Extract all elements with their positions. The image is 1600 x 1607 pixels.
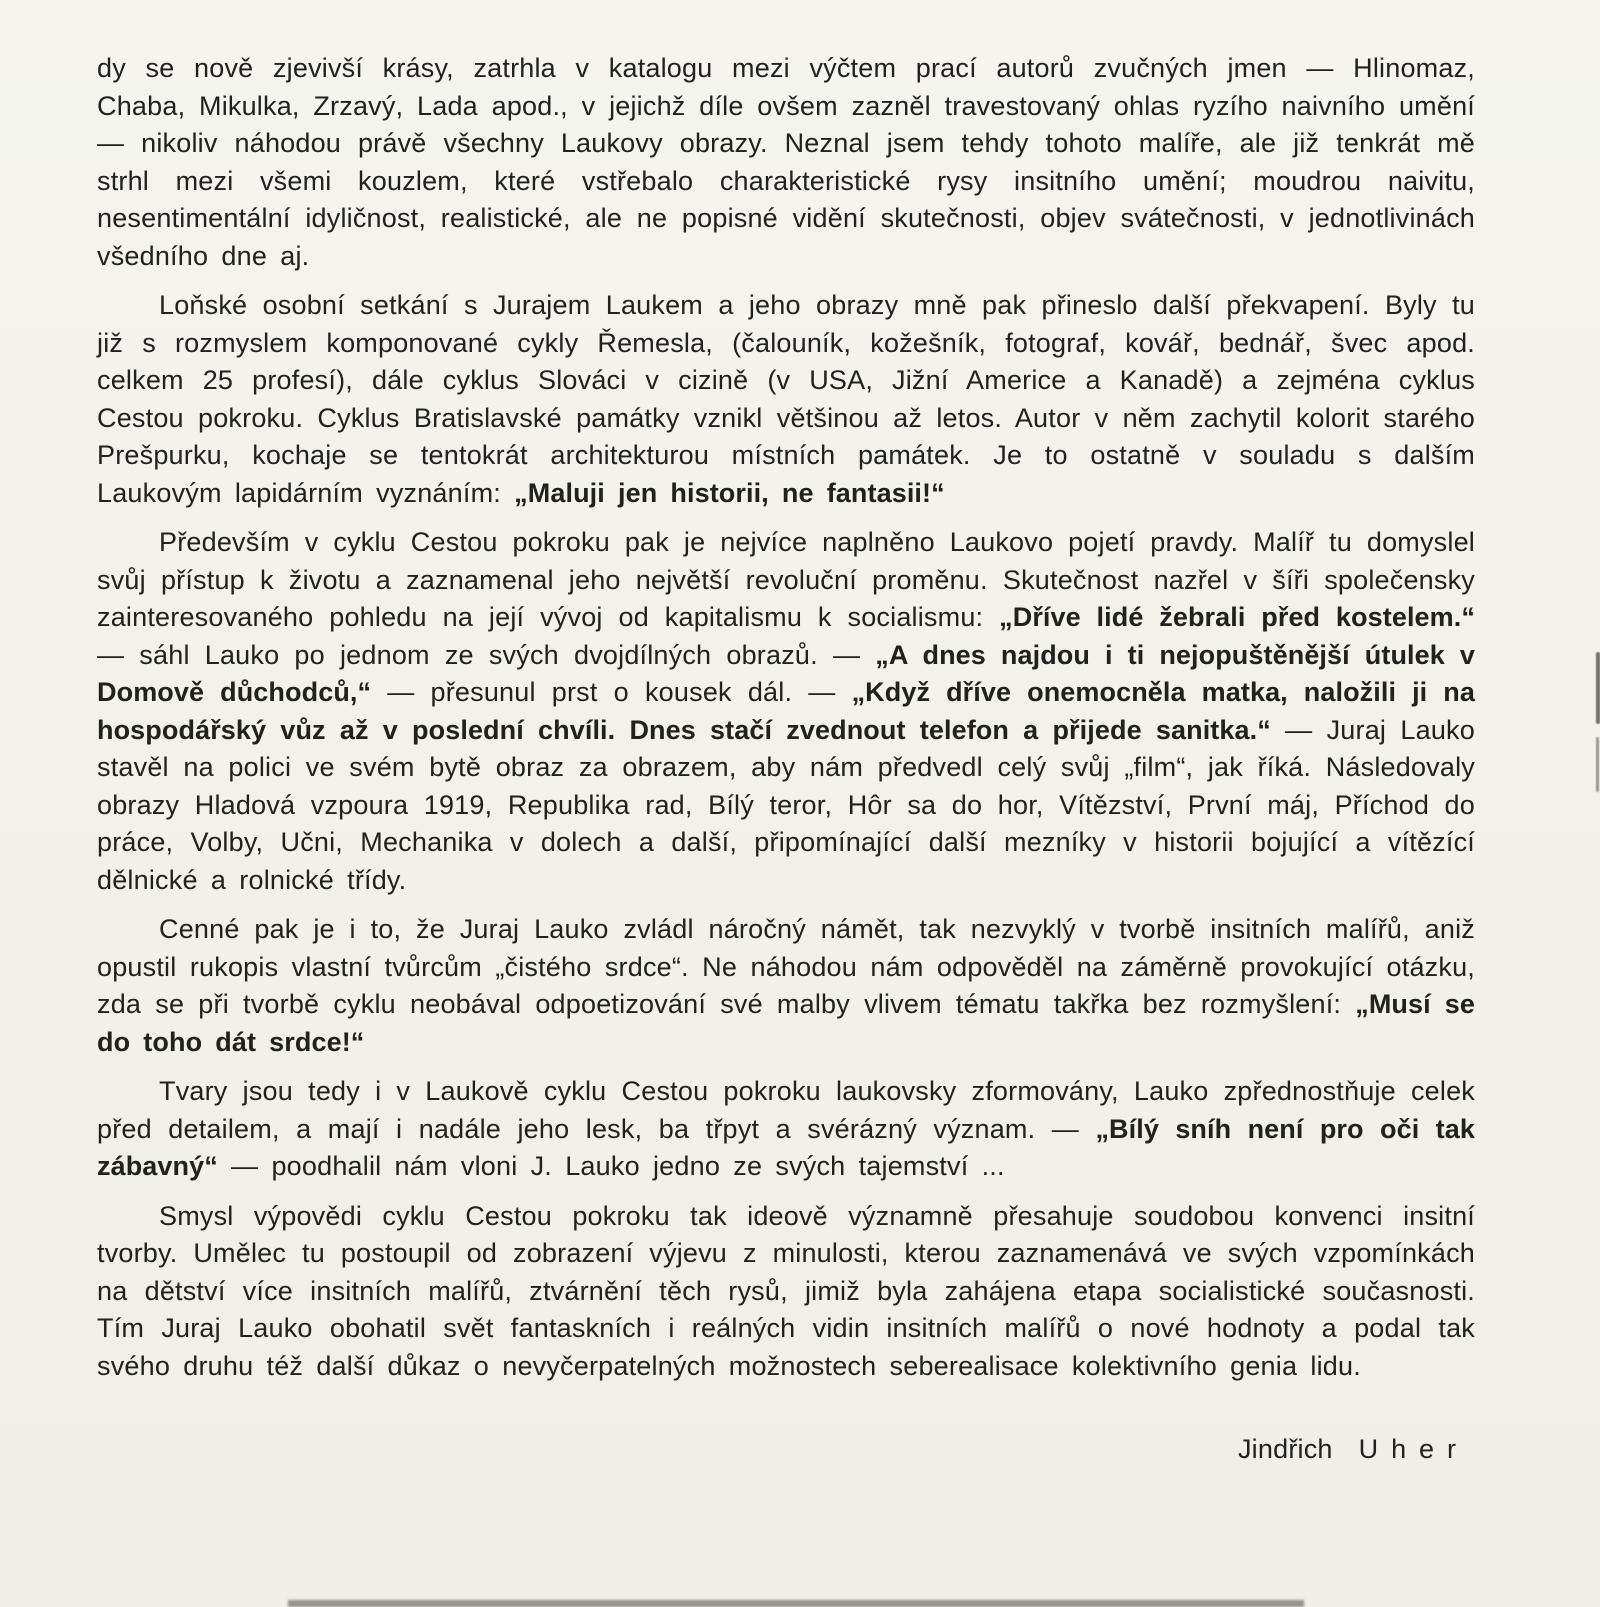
paragraph: Tvary jsou tedy i v Laukově cyklu Cestou… [97, 1073, 1475, 1186]
paragraph: Cenné pak je i to, že Juraj Lauko zvládl… [97, 911, 1475, 1061]
scan-artifact-right-edge-mark [1596, 652, 1600, 724]
author-last-name: Uher [1359, 1434, 1469, 1464]
quote-bold-text: „Dříve lidé žebrali před kostelem.“ [999, 602, 1475, 632]
paragraph: Loňské osobní setkání s Jurajem Laukem a… [97, 287, 1475, 512]
paragraph: Smysl výpovědi cyklu Cestou pokroku tak … [97, 1198, 1475, 1386]
author-first-name: Jindřich [1238, 1434, 1333, 1464]
scan-artifact-right-edge-mark [1596, 737, 1599, 792]
body-text: — přesunul prst o kousek dál. — [371, 677, 851, 707]
body-text: Smysl výpovědi cyklu Cestou pokroku tak … [97, 1201, 1475, 1381]
body-text: — poodhalil nám vloni J. Lauko jedno ze … [218, 1151, 1005, 1181]
body-text: — sáhl Lauko po jednom ze svých dvojdíln… [97, 640, 875, 670]
body-text: dy se nově zjevivší krásy, zatrhla v kat… [97, 53, 1475, 271]
scan-artifact-bottom-edge [288, 1600, 1304, 1607]
author-signature: JindřichUher [97, 1431, 1475, 1469]
paragraph: dy se nově zjevivší krásy, zatrhla v kat… [97, 50, 1475, 275]
body-text: Loňské osobní setkání s Jurajem Laukem a… [97, 290, 1475, 508]
paragraph: Především v cyklu Cestou pokroku pak je … [97, 524, 1475, 899]
quote-bold-text: „Maluji jen historii, ne fantasii!“ [514, 478, 945, 508]
text-block: dy se nově zjevivší krásy, zatrhla v kat… [97, 50, 1475, 1469]
body-text: Cenné pak je i to, že Juraj Lauko zvládl… [97, 914, 1475, 1019]
